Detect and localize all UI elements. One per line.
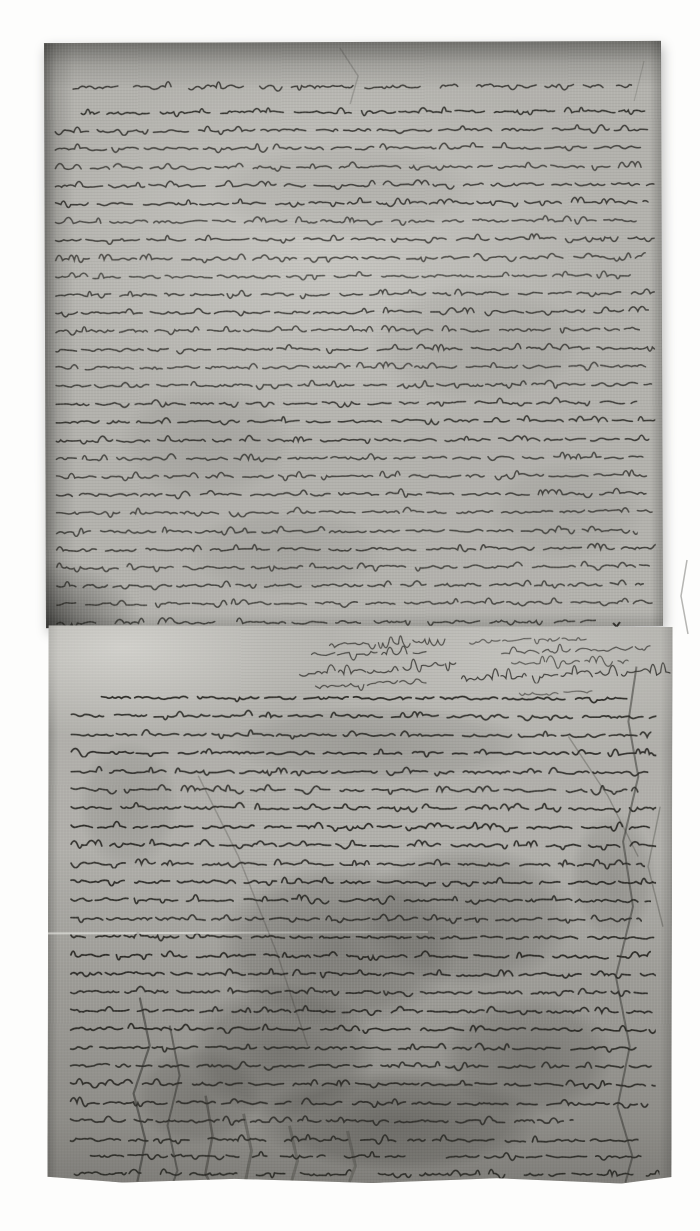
closing-line-segment — [73, 1163, 141, 1182]
handwritten-line — [70, 1019, 656, 1039]
manuscript-page-2 — [47, 625, 672, 1183]
paper-crack — [634, 61, 644, 101]
handwritten-line — [70, 963, 656, 983]
handwritten-line — [70, 908, 642, 928]
handwritten-line — [70, 1037, 645, 1057]
handwritten-line — [70, 1074, 656, 1094]
handwritten-line — [70, 945, 651, 965]
handwritten-line — [70, 816, 651, 836]
closing-line-segment — [255, 1164, 285, 1183]
handwritten-line — [70, 1055, 654, 1075]
closing-line-segment — [645, 1165, 659, 1184]
handwritten-line — [70, 798, 656, 818]
handwritten-line — [70, 706, 656, 726]
closing-line-segment — [89, 1145, 239, 1164]
handwritten-line — [70, 724, 651, 744]
manuscript-photograph — [0, 0, 700, 1231]
handwritten-line — [70, 835, 656, 855]
handwritten-line — [70, 853, 645, 873]
handwritten-line — [70, 1000, 654, 1020]
header-inscription-line — [72, 75, 632, 99]
closing-line-segment — [343, 1146, 405, 1165]
closing-line-segment — [299, 1164, 351, 1183]
manuscript-page-1 — [44, 41, 663, 628]
handwritten-line — [70, 743, 656, 763]
handwritten-line — [70, 982, 648, 1002]
handwritten-line — [100, 687, 627, 707]
handwritten-line — [70, 871, 656, 891]
closing-line-segment — [523, 1164, 633, 1183]
paper-crack — [681, 560, 688, 634]
handwritten-line — [70, 779, 639, 799]
handwritten-line — [70, 927, 656, 947]
closing-line-segment — [159, 1164, 237, 1183]
page1-text-block — [44, 41, 661, 43]
closing-line-segment — [279, 1146, 325, 1165]
handwritten-line — [70, 890, 651, 910]
handwritten-line — [70, 1111, 574, 1131]
closing-line-segment — [251, 1146, 267, 1165]
handwritten-line — [70, 1092, 651, 1112]
handwritten-line — [70, 761, 648, 781]
closing-line-segment — [445, 1146, 641, 1165]
closing-line-segment — [377, 1164, 505, 1183]
